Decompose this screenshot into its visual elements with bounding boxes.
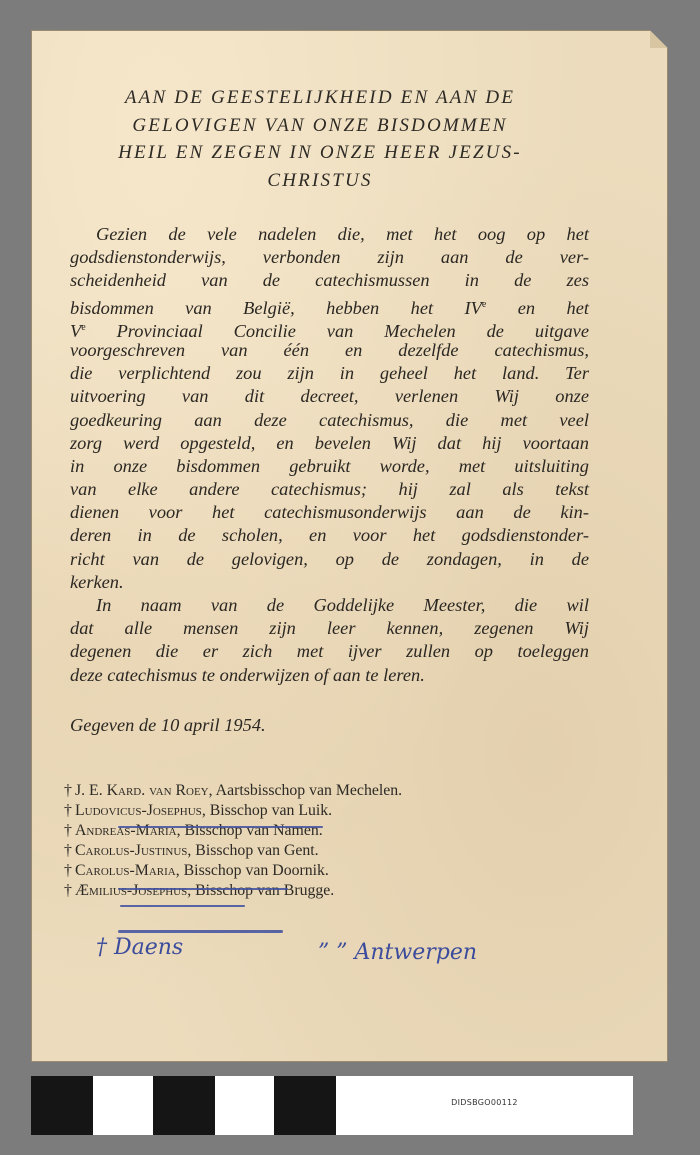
handwritten-note-right: ” ” Antwerpen <box>318 940 477 965</box>
signatory-name: Andreas-Maria <box>75 822 177 839</box>
paragraph-line: die verplichtend zou zijn in geheel het … <box>70 362 589 385</box>
signature-row: †Andreas-Maria, Bisschop van Namen. <box>64 821 402 841</box>
signatory-title: , Bisschop van Gent. <box>187 842 318 859</box>
paragraph-line: in onze bisdommen gebruikt worde, met ui… <box>70 455 589 478</box>
paragraph-line: richt van de gelovigen, op de zondagen, … <box>70 548 589 571</box>
superscript: e <box>81 322 85 333</box>
signature-row: †Carolus-Maria, Bisschop van Doornik. <box>64 861 402 881</box>
dagger-icon: † <box>64 781 75 801</box>
date-line: Gegeven de 10 april 1954. <box>70 715 266 736</box>
line-text: en het <box>486 298 589 318</box>
dagger-icon: † <box>64 841 75 861</box>
paragraph-line: bisdommen van België, hebben het IVe en … <box>70 293 589 316</box>
paragraph-line: deze catechismus te onderwijzen of aan t… <box>70 664 589 687</box>
signatory-title: , Bisschop van Brugge. <box>187 882 334 899</box>
folded-corner <box>650 30 668 48</box>
scale-block-black <box>274 1076 336 1135</box>
heading-line: HEIL EN ZEGEN IN ONZE HEER JEZUS- <box>70 139 570 167</box>
heading-line: GELOVIGEN VAN ONZE BISDOMMEN <box>70 112 570 140</box>
paragraph-line: deren in de scholen, en voor het godsdie… <box>70 524 589 547</box>
signature-row: †Carolus-Justinus, Bisschop van Gent. <box>64 841 402 861</box>
signature-row: †Ludovicus-Josephus, Bisschop van Luik. <box>64 801 402 821</box>
heading-line: AAN DE GEESTELIJKHEID EN AAN DE <box>70 84 570 112</box>
line-text: Provinciaal Concilie van Mechelen de uit… <box>117 321 589 341</box>
body-paragraphs: Gezien de vele nadelen die, met het oog … <box>70 223 589 687</box>
scale-block-black <box>153 1076 215 1135</box>
paragraph-line: In naam van de Goddelijke Meester, die w… <box>70 594 589 617</box>
signatory-name: Ludovicus-Josephus <box>75 802 202 819</box>
dagger-icon: † <box>64 861 75 881</box>
signatory-name: J. E. Kard. van Roey <box>75 782 209 799</box>
handwritten-note-left: † Daens <box>96 935 183 960</box>
paragraph-line: voorgeschreven van één en dezelfde catec… <box>70 339 589 362</box>
dagger-icon: † <box>64 821 75 841</box>
heading-line: CHRISTUS <box>70 167 570 195</box>
paragraph-line: kerken. <box>70 571 589 594</box>
paragraph-line: van elke andere catechismus; hij zal als… <box>70 478 589 501</box>
object-id-label: DIDSBGO00112 <box>336 1098 633 1107</box>
dagger-icon: † <box>64 801 75 821</box>
paragraph-line: godsdienstonderwijs, verbonden zijn aan … <box>70 246 589 269</box>
dagger-icon: † <box>64 881 75 901</box>
ink-underline <box>118 826 323 828</box>
ink-underline <box>118 930 283 933</box>
paragraph-line: Gezien de vele nadelen die, met het oog … <box>70 223 589 246</box>
paragraph-line: zorg werd opgesteld, en bevelen Wij dat … <box>70 432 589 455</box>
ink-underline <box>118 888 288 890</box>
signatory-title: , Aartsbisschop van Mechelen. <box>209 782 402 799</box>
paragraph-line: goedkeuring aan deze catechismus, die me… <box>70 409 589 432</box>
line-text: V <box>70 321 81 341</box>
paragraph-line: scheidenheid van de catechismussen in de… <box>70 269 589 292</box>
paragraph-line: dat alle mensen zijn leer kennen, zegene… <box>70 617 589 640</box>
scale-block-black <box>31 1076 93 1135</box>
paragraph-line: dienen voor het catechismusonderwijs aan… <box>70 501 589 524</box>
scale-block-white <box>215 1076 274 1135</box>
color-scale-bar: DIDSBGO00112 <box>31 1076 633 1135</box>
line-text: bisdommen van België, hebben het IV <box>70 298 482 318</box>
scale-label-block: DIDSBGO00112 <box>336 1076 633 1135</box>
signature-row: †Æmilius-Josephus, Bisschop van Brugge. <box>64 881 402 901</box>
signatory-name: Carolus-Maria <box>75 862 176 879</box>
signatory-name: Carolus-Justinus <box>75 842 187 859</box>
signature-list: †J. E. Kard. van Roey, Aartsbisschop van… <box>64 781 402 901</box>
paragraph-line: degenen die er zich met ijver zullen op … <box>70 640 589 663</box>
signature-row: †J. E. Kard. van Roey, Aartsbisschop van… <box>64 781 402 801</box>
signatory-name: Æmilius-Josephus <box>75 882 187 899</box>
document-heading: AAN DE GEESTELIJKHEID EN AAN DE GELOVIGE… <box>70 84 570 194</box>
signatory-title: , Bisschop van Doornik. <box>176 862 329 879</box>
scale-block-white <box>93 1076 153 1135</box>
ink-underline <box>120 905 245 907</box>
signatory-title: , Bisschop van Luik. <box>202 802 332 819</box>
paragraph-line: uitvoering van dit decreet, verlenen Wij… <box>70 385 589 408</box>
signatory-title: , Bisschop van Namen. <box>177 822 323 839</box>
paragraph-line: Ve Provinciaal Concilie van Mechelen de … <box>70 316 589 339</box>
